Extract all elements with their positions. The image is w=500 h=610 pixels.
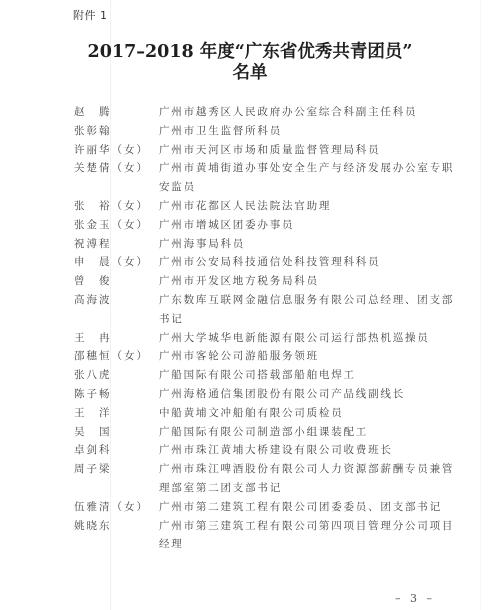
honoree-name: 赵 腾	[74, 103, 159, 122]
honoree-position: 广东数库互联网金融信息服务有限公司总经理、团支部书记	[159, 291, 459, 329]
honoree-position: 广州市公安局科技通信处科技管理科科员	[159, 253, 459, 272]
list-item: 关楚倩（女）广州市黄埔街道办事处安全生产与经济发展办公室专职安监员	[74, 159, 494, 197]
honoree-name: 卓剑科	[74, 441, 159, 460]
honoree-position: 广州大学城华电新能源有限公司运行部热机巡操员	[159, 329, 459, 348]
attachment-label: 附件 1	[73, 7, 108, 23]
honoree-name: 姚晓东	[74, 517, 159, 555]
honoree-position: 广州市卫生监督所科员	[159, 122, 459, 141]
list-item: 张 裕（女）广州市花都区人民法院法官助理	[74, 197, 494, 216]
honoree-position: 广州市客轮公司游船服务领班	[159, 347, 459, 366]
honoree-name: 陈子畅	[74, 385, 159, 404]
honoree-position: 中船黄埔文冲船舶有限公司质检员	[159, 404, 459, 423]
list-item: 陈子畅广州海格通信集团股份有限公司产品线副线长	[74, 385, 494, 404]
honoree-name: 王 冉	[74, 329, 159, 348]
honoree-position: 广州海事局科员	[159, 235, 459, 254]
honoree-position: 广州市珠江啤酒股份有限公司人力资源部薪酬专员兼管理部室第二团支部书记	[159, 460, 459, 498]
list-item: 祝溥程广州海事局科员	[74, 235, 494, 254]
honoree-position: 广州市天河区市场和质量监督管理局科员	[159, 141, 459, 160]
list-item: 姚晓东广州市第三建筑工程有限公司第四项目管理分公司项目经理	[74, 517, 494, 555]
honoree-position: 广州市花都区人民法院法官助理	[159, 197, 459, 216]
list-item: 曾 俊广州市开发区地方税务局科员	[74, 272, 494, 291]
list-item: 高海波广东数库互联网金融信息服务有限公司总经理、团支部书记	[74, 291, 494, 329]
honoree-name: 张金玉（女）	[74, 216, 159, 235]
honoree-position: 广州市黄埔街道办事处安全生产与经济发展办公室专职安监员	[159, 159, 459, 197]
honoree-name: 关楚倩（女）	[74, 159, 159, 197]
honoree-position: 广州市珠江黄埔大桥建设有限公司收费班长	[159, 441, 459, 460]
list-item: 吴 国广船国际有限公司制造部小组课装配工	[74, 423, 494, 442]
honoree-name: 邵穗恒（女）	[74, 347, 159, 366]
honoree-name: 张彰翰	[74, 122, 159, 141]
document-title: 2017–2018 年度“广东省优秀共青团员” 名单	[0, 42, 500, 84]
list-item: 张金玉（女）广州市增城区团委办事员	[74, 216, 494, 235]
list-item: 申 晨（女）广州市公安局科技通信处科技管理科科员	[74, 253, 494, 272]
honoree-name: 周子梁	[74, 460, 159, 498]
honoree-name: 伍雅清（女）	[74, 498, 159, 517]
list-item: 王 冉广州大学城华电新能源有限公司运行部热机巡操员	[74, 329, 494, 348]
honoree-name: 许丽华（女）	[74, 141, 159, 160]
title-line-1: 2017–2018 年度“广东省优秀共青团员”	[0, 42, 500, 63]
honoree-position: 广船国际有限公司搭载部船舶电焊工	[159, 366, 459, 385]
honoree-name: 曾 俊	[74, 272, 159, 291]
honoree-list: 赵 腾广州市越秀区人民政府办公室综合科副主任科员 张彰翰广州市卫生监督所科员 许…	[74, 103, 494, 554]
title-line-2: 名单	[0, 63, 500, 84]
honoree-name: 张八虎	[74, 366, 159, 385]
list-item: 张彰翰广州市卫生监督所科员	[74, 122, 494, 141]
honoree-name: 王 洋	[74, 404, 159, 423]
list-item: 张八虎广船国际有限公司搭载部船舶电焊工	[74, 366, 494, 385]
honoree-position: 广州市增城区团委办事员	[159, 216, 459, 235]
list-item: 卓剑科广州市珠江黄埔大桥建设有限公司收费班长	[74, 441, 494, 460]
honoree-name: 祝溥程	[74, 235, 159, 254]
honoree-name: 吴 国	[74, 423, 159, 442]
honoree-name: 张 裕（女）	[74, 197, 159, 216]
list-item: 王 洋中船黄埔文冲船舶有限公司质检员	[74, 404, 494, 423]
honoree-name: 申 晨（女）	[74, 253, 159, 272]
honoree-position: 广船国际有限公司制造部小组课装配工	[159, 423, 459, 442]
list-item: 赵 腾广州市越秀区人民政府办公室综合科副主任科员	[74, 103, 494, 122]
honoree-name: 高海波	[74, 291, 159, 329]
list-item: 邵穗恒（女）广州市客轮公司游船服务领班	[74, 347, 494, 366]
page-number: – 3 –	[395, 592, 435, 605]
honoree-position: 广州市第三建筑工程有限公司第四项目管理分公司项目经理	[159, 517, 459, 555]
list-item: 伍雅清（女）广州市第二建筑工程有限公司团委委员、团支部书记	[74, 498, 494, 517]
honoree-position: 广州海格通信集团股份有限公司产品线副线长	[159, 385, 459, 404]
honoree-position: 广州市开发区地方税务局科员	[159, 272, 459, 291]
honoree-position: 广州市越秀区人民政府办公室综合科副主任科员	[159, 103, 459, 122]
list-item: 许丽华（女）广州市天河区市场和质量监督管理局科员	[74, 141, 494, 160]
honoree-position: 广州市第二建筑工程有限公司团委委员、团支部书记	[159, 498, 459, 517]
list-item: 周子梁广州市珠江啤酒股份有限公司人力资源部薪酬专员兼管理部室第二团支部书记	[74, 460, 494, 498]
